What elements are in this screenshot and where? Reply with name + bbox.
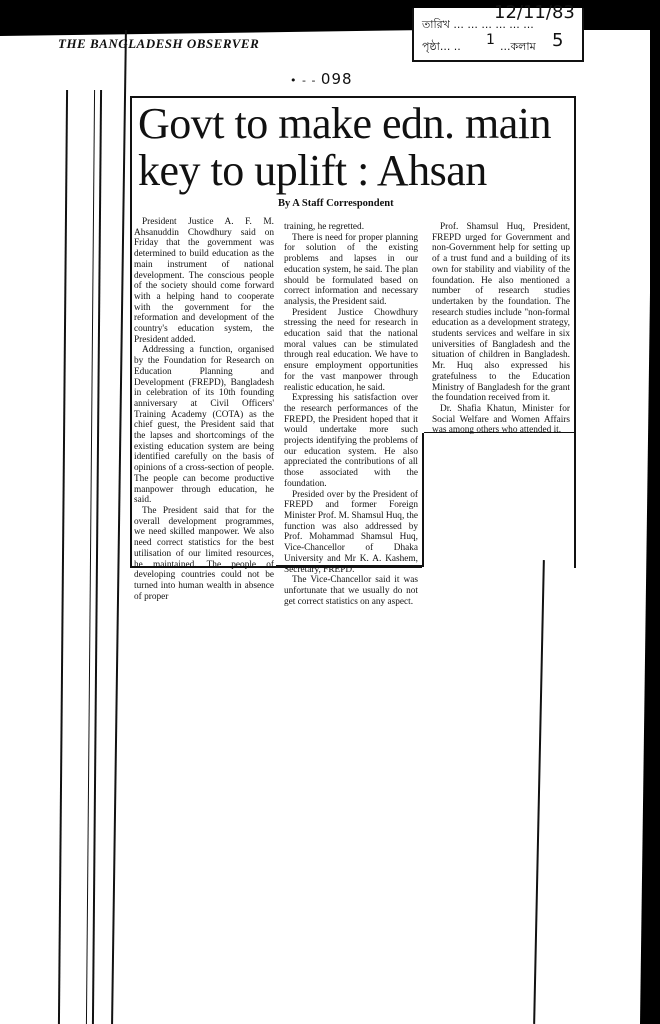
stamp-page-value: 1 (486, 32, 495, 48)
newspaper-masthead: THE BANGLADESH OBSERVER (58, 36, 259, 52)
headline-line-1: Govt to make edn. main (138, 100, 578, 147)
paragraph: President Justice A. F. M. Ahsanuddin Ch… (134, 217, 274, 345)
article-column-1: President Justice A. F. M. Ahsanuddin Ch… (134, 217, 274, 567)
article-column-3: Prof. Shamsul Huq, President, FREPD urge… (432, 222, 570, 436)
paragraph: Presided over by the President of FREPD … (284, 490, 418, 576)
paragraph: training, he regretted. (284, 222, 418, 233)
stamp-date-value: 12/11/83 (494, 2, 575, 23)
article-headline: Govt to make edn. main key to uplift : A… (138, 100, 578, 194)
archive-number-value: 098 (321, 70, 353, 88)
paragraph: President Justice Chowdhury stressing th… (284, 308, 418, 394)
archive-stamp: তারিখ ... ... ... ... ... ... 12/11/83 প… (412, 8, 584, 62)
paragraph: The President said that for the overall … (134, 506, 274, 602)
stamp-column-label: ...কলাম (500, 38, 536, 57)
headline-line-2: key to uplift : Ahsan (138, 147, 578, 194)
paragraph: Dr. Shafia Khatun, Minister for Social W… (432, 404, 570, 436)
archive-number: • - - 098 (290, 70, 353, 88)
paragraph: Expressing his satisfaction over the res… (284, 393, 418, 489)
paragraph: The Vice-Chancellor said it was unfortun… (284, 575, 418, 607)
article-column-2: training, he regretted. There is need fo… (284, 222, 418, 607)
paragraph: Prof. Shamsul Huq, President, FREPD urge… (432, 222, 570, 404)
stamp-page-label: পৃষ্ঠা... .. (422, 38, 461, 57)
paragraph: There is need for proper planning for so… (284, 233, 418, 308)
article-byline: By A Staff Correspondent (278, 198, 394, 209)
paragraph: Addressing a function, organised by the … (134, 345, 274, 506)
stamp-column-value: 5 (552, 30, 563, 51)
